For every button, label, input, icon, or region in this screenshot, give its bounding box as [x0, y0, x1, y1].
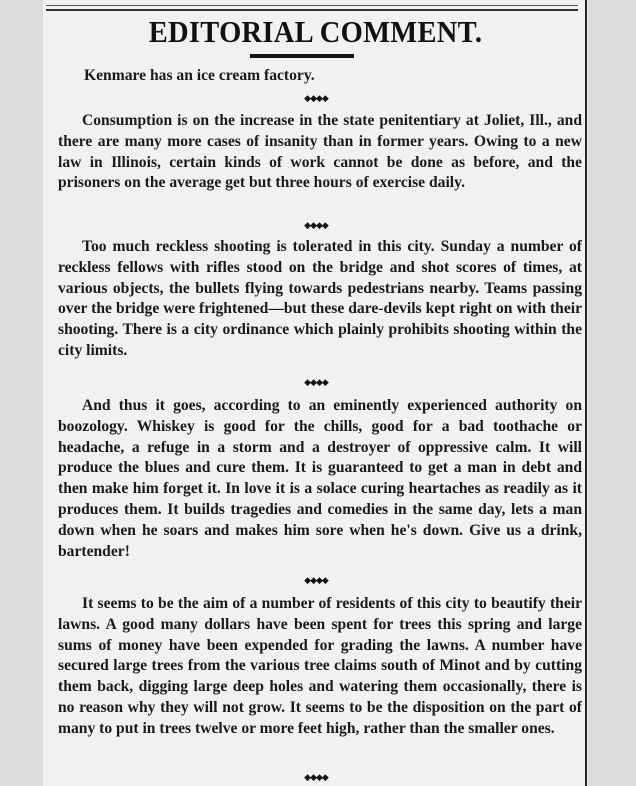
item-paragraph: Too much reckless shooting is tolerated … [58, 237, 582, 362]
top-rule-thick [46, 9, 578, 11]
item-paragraph: And thus it goes, according to an eminen… [58, 396, 582, 562]
separator-icon: ◆◆◆◆ [296, 576, 336, 586]
top-rule [46, 5, 578, 6]
column-rule [585, 0, 587, 786]
item-paragraph: It seems to be the aim of a number of re… [58, 594, 582, 740]
separator-icon: ◆◆◆◆ [296, 378, 336, 388]
item-paragraph: Consumption is on the increase in the st… [58, 111, 582, 194]
item-paragraph: Kenmare has an ice cream factory. [84, 66, 608, 87]
separator-icon: ◆◆◆◆ [296, 221, 336, 231]
separator-icon: ◆◆◆◆ [296, 94, 336, 104]
title-underline [250, 54, 354, 58]
separator-icon: ◆◆◆◆ [296, 773, 336, 783]
section-title: EDITORIAL COMMENT. [65, 14, 566, 50]
